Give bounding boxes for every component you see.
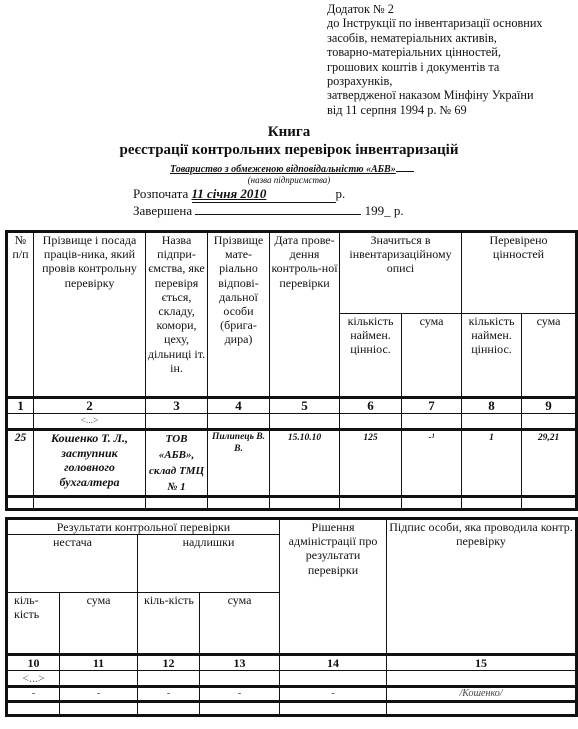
header-inv-qty: кількість наймен. цінніос. xyxy=(340,314,402,398)
appendix-note: Додаток № 2 до Інструкції по інвентариза… xyxy=(327,2,577,117)
register-table-part2: Результати контрольної перевірки Рішення… xyxy=(5,517,578,717)
entry-surplus-qty: - xyxy=(138,687,200,702)
table-row-ellipsis: <...> xyxy=(7,414,577,430)
table-row-ellipsis: <...> xyxy=(7,671,577,687)
company-name-field: Товариство з обмеженою відповідальністю … xyxy=(170,162,410,175)
appendix-line: затвердженої наказом Мінфіну України xyxy=(327,88,577,102)
col-number: 5 xyxy=(270,398,340,414)
appendix-line: грошових коштів і документів та xyxy=(327,60,577,74)
col-number: 9 xyxy=(522,398,577,414)
finished-label: Завершена xyxy=(133,203,192,218)
header-signature: Підпис особи, яка проводила контр. перев… xyxy=(387,519,577,655)
col-number: 4 xyxy=(208,398,270,414)
company-name: Товариство з обмеженою відповідальністю … xyxy=(170,164,396,175)
entry-responsible: Пилипець В. В. xyxy=(208,430,270,497)
document-subtitle: реєстрації контрольних перевірок інвента… xyxy=(0,142,578,159)
header-date: Дата прове-дення контроль-ної перевірки xyxy=(270,232,340,398)
finished-suffix: 199_ р. xyxy=(365,203,404,218)
header-surplus: надлишки xyxy=(138,535,280,593)
table-row: - - - - - /Кошенко/ xyxy=(7,687,577,702)
appendix-line: розрахунків, xyxy=(327,74,577,88)
ellipsis: <...> xyxy=(7,671,60,687)
table-row-empty xyxy=(7,497,577,510)
finished-blank xyxy=(195,202,361,215)
appendix-line: засобів, нематеріальних активів, xyxy=(327,31,577,45)
started-suffix: р. xyxy=(336,186,346,201)
header-shortage-qty: кіль-кість xyxy=(7,593,60,655)
header-checked-group: Перевірено цінностей xyxy=(462,232,577,314)
entry-checked-sum: 29,21 xyxy=(522,430,577,497)
entry-enterprise: ТОВ «АБВ», склад ТМЦ № 1 xyxy=(146,430,208,497)
header-enterprise: Назва підпри-ємства, яке перевіря ється,… xyxy=(146,232,208,398)
entry-date: 15.10.10 xyxy=(270,430,340,497)
entry-shortage-qty: - xyxy=(7,687,60,702)
col-number: 8 xyxy=(462,398,522,414)
header-inv-sum: сума xyxy=(402,314,462,398)
col-number: 1 xyxy=(7,398,34,414)
col-number: 3 xyxy=(146,398,208,414)
header-surplus-sum: сума xyxy=(200,593,280,655)
started-field: Розпочата 11 січня 2010р. xyxy=(133,186,345,203)
entry-decision: - xyxy=(280,687,387,702)
appendix-line: товарно-матеріальних цінностей, xyxy=(327,45,577,59)
col-number: 7 xyxy=(402,398,462,414)
finished-field: Завершена 199_ р. xyxy=(133,202,404,219)
entry-signature: /Кошенко/ xyxy=(387,687,577,702)
company-caption: (назва підприємства) xyxy=(0,175,578,185)
col-number: 10 xyxy=(7,655,60,671)
header-no: № п/п xyxy=(7,232,34,398)
col-number: 14 xyxy=(280,655,387,671)
col-number: 6 xyxy=(340,398,402,414)
entry-inspector: Кошенко Т. Л., заступник головного бухга… xyxy=(34,430,146,497)
header-decision: Рішення адміністрації про результати пер… xyxy=(280,519,387,655)
header-inventory-group: Значиться в інвентаризаційному описі xyxy=(340,232,462,314)
col-number: 11 xyxy=(60,655,138,671)
entry-inv-sum: -¹ xyxy=(402,430,462,497)
entry-surplus-sum: - xyxy=(200,687,280,702)
ellipsis: <...> xyxy=(34,414,146,430)
col-number: 2 xyxy=(34,398,146,414)
header-shortage-sum: сума xyxy=(60,593,138,655)
started-label: Розпочата xyxy=(133,186,188,201)
entry-inv-qty: 125 xyxy=(340,430,402,497)
col-number: 12 xyxy=(138,655,200,671)
header-results-group: Результати контрольної перевірки xyxy=(7,519,280,535)
document-title: Книга xyxy=(0,124,578,141)
entry-no: 25 xyxy=(7,430,34,497)
header-checked-sum: сума xyxy=(522,314,577,398)
started-value: 11 січня 2010 xyxy=(192,186,336,203)
header-responsible: Прізвище мате-ріально відпові-дальної ос… xyxy=(208,232,270,398)
header-shortage: нестача xyxy=(7,535,138,593)
header-inspector: Прізвище і посада праців-ника, який пров… xyxy=(34,232,146,398)
col-number: 15 xyxy=(387,655,577,671)
header-surplus-qty: кіль-кість xyxy=(138,593,200,655)
table-row-empty xyxy=(7,702,577,716)
entry-checked-qty: 1 xyxy=(462,430,522,497)
appendix-line: від 11 серпня 1994 р. № 69 xyxy=(327,103,577,117)
entry-shortage-sum: - xyxy=(60,687,138,702)
col-number: 13 xyxy=(200,655,280,671)
appendix-line: Додаток № 2 xyxy=(327,2,577,16)
underline xyxy=(396,162,414,172)
appendix-line: до Інструкції по інвентаризації основних xyxy=(327,16,577,30)
register-table-part1: № п/п Прізвище і посада праців-ника, яки… xyxy=(5,230,578,511)
header-checked-qty: кількість наймен. цінніос. xyxy=(462,314,522,398)
table-row: 25 Кошенко Т. Л., заступник головного бу… xyxy=(7,430,577,497)
